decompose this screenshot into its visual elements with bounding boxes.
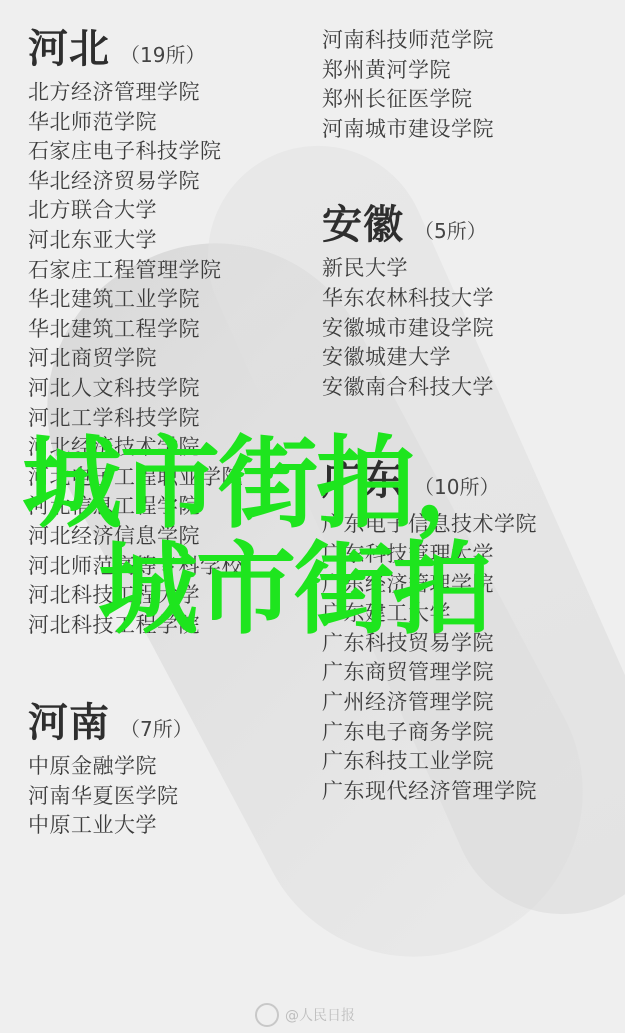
school-item: 河北东亚大学 <box>28 226 318 256</box>
school-item: 河北商贸学院 <box>28 344 318 374</box>
overlay-title-line1: 城市街拍， <box>22 434 512 534</box>
school-item: 广东商贸管理学院 <box>322 658 612 688</box>
school-item: 河北人文科技学院 <box>28 374 318 404</box>
province-name: 河北 <box>28 20 110 78</box>
school-count: （7所） <box>120 713 193 742</box>
school-count: （5所） <box>414 215 487 244</box>
school-item: 石家庄工程管理学院 <box>28 256 318 286</box>
school-item: 安徽南合科技大学 <box>322 373 612 403</box>
school-item: 华东农林科技大学 <box>322 284 612 314</box>
watermark-text: @人民日报 <box>285 1005 355 1025</box>
school-item: 中原金融学院 <box>28 752 318 782</box>
weibo-logo-icon <box>255 1003 279 1027</box>
school-item: 华北建筑工程学院 <box>28 315 318 345</box>
school-item: 安徽城建大学 <box>322 343 612 373</box>
school-count: （19所） <box>120 39 205 68</box>
section-henan-continued: 河南科技师范学院 郑州黄河学院 郑州长征医学院 河南城市建设学院 <box>322 26 612 144</box>
section-henan: 河南 （7所） 中原金融学院 河南华夏医学院 中原工业大学 <box>28 694 318 841</box>
province-heading: 安徽 （5所） <box>322 196 612 254</box>
province-name: 安徽 <box>322 196 404 254</box>
school-item: 北方经济管理学院 <box>28 78 318 108</box>
school-item: 新民大学 <box>322 254 612 284</box>
right-column: 河南科技师范学院 郑州黄河学院 郑州长征医学院 河南城市建设学院 安徽 （5所）… <box>322 26 612 806</box>
school-item: 中原工业大学 <box>28 811 318 841</box>
province-heading: 河北 （19所） <box>28 20 318 78</box>
province-name: 河南 <box>28 694 110 752</box>
school-item: 郑州黄河学院 <box>322 56 612 86</box>
section-anhui: 安徽 （5所） 新民大学 华东农林科技大学 安徽城市建设学院 安徽城建大学 安徽… <box>322 196 612 402</box>
watermark: @人民日报 <box>255 1003 355 1027</box>
school-item: 广东科技工业学院 <box>322 747 612 777</box>
school-item: 安徽城市建设学院 <box>322 314 612 344</box>
school-item: 河南城市建设学院 <box>322 115 612 145</box>
school-item: 北方联合大学 <box>28 196 318 226</box>
school-item: 广东现代经济管理学院 <box>322 777 612 807</box>
school-item: 河南华夏医学院 <box>28 782 318 812</box>
overlay-title-line2: 城市街拍 <box>98 540 490 640</box>
school-item: 广东电子商务学院 <box>322 718 612 748</box>
school-item: 河南科技师范学院 <box>322 26 612 56</box>
school-item: 郑州长征医学院 <box>322 85 612 115</box>
province-heading: 河南 （7所） <box>28 694 318 752</box>
school-item: 华北经济贸易学院 <box>28 167 318 197</box>
school-item: 华北师范学院 <box>28 108 318 138</box>
school-item: 广州经济管理学院 <box>322 688 612 718</box>
school-item: 石家庄电子科技学院 <box>28 137 318 167</box>
school-item: 华北建筑工业学院 <box>28 285 318 315</box>
